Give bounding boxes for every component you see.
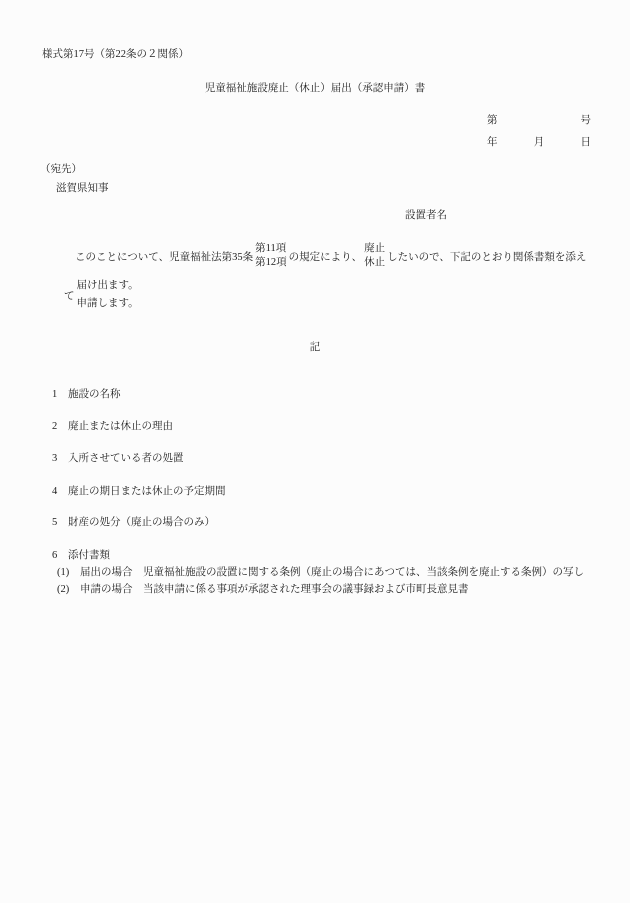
body-paragraph-line2: て 届け出ます。 申請します。 (64, 277, 139, 313)
action-option-top: 廃止 (364, 242, 385, 256)
document-title: 児童福祉施設廃止（休止）届出（承認申請）書 (0, 80, 630, 95)
form-number: 様式第17号（第22条の２関係） (42, 46, 189, 61)
item-number: 2 (52, 421, 68, 432)
attachment-sub-item: (1)届出の場合 児童福祉施設の設置に関する条例（廃止の場合にあつては、当該条例… (57, 564, 584, 579)
list-item: 4廃止の期日または休止の予定期間 (52, 483, 226, 498)
item-number: 4 (52, 486, 68, 497)
verb-option-top: 届け出ます。 (77, 277, 139, 295)
paragraph-tail: したいので、下記のとおり関係書類を添え (387, 249, 586, 264)
sub-item-text: 申請の場合 当該申請に係る事項が承認された理事会の議事録および市町長意見書 (80, 584, 469, 595)
record-heading: 記 (0, 339, 630, 354)
action-option-bottom: 休止 (364, 256, 385, 270)
doc-number-suffix: 号 (581, 112, 592, 127)
installer-name-label: 設置者名 (405, 207, 447, 222)
paragraph-continuation: て (64, 288, 75, 303)
item-text: 廃止の期日または休止の予定期間 (68, 486, 226, 497)
article-option-top: 第11項 (255, 242, 287, 256)
item-text: 施設の名称 (68, 389, 121, 400)
sub-item-number: (2) (57, 584, 80, 595)
item-number: 5 (52, 517, 68, 528)
attachment-sub-item: (2)申請の場合 当該申請に係る事項が承認された理事会の議事録および市町長意見書 (57, 581, 469, 596)
item-text: 入所させている者の処置 (68, 453, 184, 464)
document-number-line: 第 号 (487, 108, 591, 130)
list-item: 6添付書類 (52, 547, 110, 562)
article-option-bottom: 第12項 (255, 256, 287, 270)
verb-options-stack: 届け出ます。 申請します。 (77, 277, 139, 313)
list-item: 5財産の処分（廃止の場合のみ） (52, 514, 215, 529)
item-text: 添付書類 (68, 550, 110, 561)
day-label: 日 (581, 134, 592, 149)
month-label: 月 (534, 134, 545, 149)
date-line: 年 月 日 (487, 130, 591, 152)
list-item: 2廃止または休止の理由 (52, 418, 173, 433)
document-number-date-block: 第 号 年 月 日 (487, 108, 591, 152)
item-number: 3 (52, 453, 68, 464)
item-text: 財産の処分（廃止の場合のみ） (68, 517, 215, 528)
year-label: 年 (487, 134, 498, 149)
body-paragraph-line1: このことについて、児童福祉法第35条 第11項 第12項 の規定により、 廃止 … (75, 242, 586, 270)
paragraph-mid: の規定により、 (289, 249, 363, 264)
list-item: 1施設の名称 (52, 386, 121, 401)
list-item: 3入所させている者の処置 (52, 450, 184, 465)
addressee-name: 滋賀県知事 (56, 180, 109, 195)
item-number: 1 (52, 389, 68, 400)
article-options-stack: 第11項 第12項 (255, 242, 287, 270)
sub-item-number: (1) (57, 567, 80, 578)
verb-option-bottom: 申請します。 (77, 295, 139, 313)
item-number: 6 (52, 550, 68, 561)
addressee-label: （宛先） (40, 161, 82, 176)
paragraph-lead: このことについて、児童福祉法第35条 (75, 249, 253, 264)
item-text: 廃止または休止の理由 (68, 421, 173, 432)
document-page: 様式第17号（第22条の２関係） 児童福祉施設廃止（休止）届出（承認申請）書 第… (0, 0, 630, 903)
sub-item-text: 届出の場合 児童福祉施設の設置に関する条例（廃止の場合にあつては、当該条例を廃止… (80, 567, 584, 578)
doc-number-prefix: 第 (487, 112, 498, 127)
action-options-stack: 廃止 休止 (364, 242, 385, 270)
